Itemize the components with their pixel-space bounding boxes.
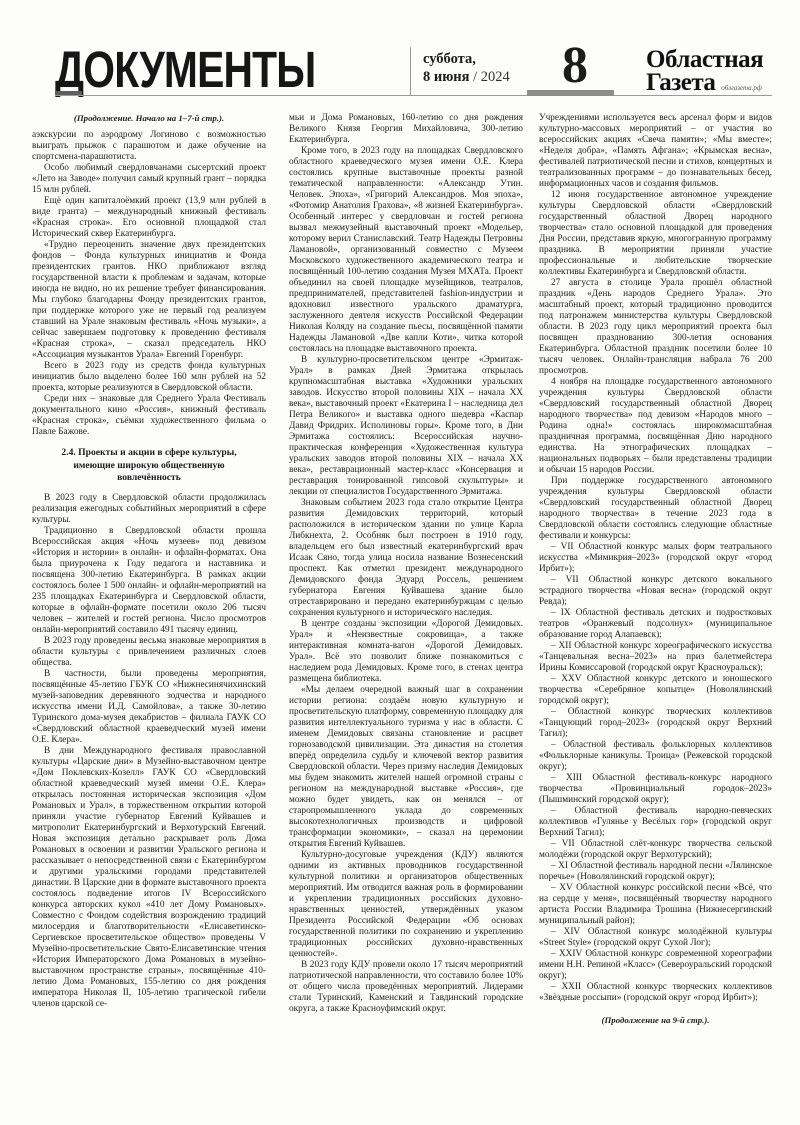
paragraph: В центре созданы экспозиции «Дорогой Дем… (289, 619, 523, 685)
newspaper-logo: Областная Газета облгазета.рф (646, 48, 763, 100)
page-number: 8 (545, 40, 605, 92)
paragraph: – Областной фестиваль фольклорных коллек… (539, 740, 772, 773)
paragraph: – Областной конкурс творческих коллектив… (539, 707, 772, 740)
paragraph: При поддержке государственного автономно… (539, 476, 772, 542)
paragraph: Всего в 2023 году из средств фонда культ… (32, 361, 266, 394)
page-section-title: ДОКУМЕНТЫ (55, 44, 315, 95)
logo-line1: Областная (646, 48, 763, 71)
header-vertical-divider (410, 47, 411, 95)
paragraph: 12 июня государственное автономное учреж… (539, 190, 772, 278)
paragraph: 27 августа в столице Урала прошёл област… (539, 278, 772, 377)
logo-line2: Газета облгазета.рф (646, 71, 763, 100)
paragraph: Ещё один капиталоёмкий проект (13,9 млн … (32, 196, 266, 240)
newspaper-page: ДОКУМЕНТЫ суббота, 8 июня / 2024 8 Облас… (0, 0, 800, 1125)
paragraph: В частности, были проведены мероприятия,… (32, 669, 266, 746)
paragraph: Учреждениями используется весь арсенал ф… (539, 113, 772, 190)
column-3: Учреждениями используется весь арсенал ф… (539, 113, 772, 1118)
paragraph: Особо любимый свердловчанами сысертский … (32, 163, 266, 196)
paragraph: – XI Областной фестиваль народной песни … (539, 861, 772, 883)
paragraph: аэкскурсии по аэродрому Логиново с возмо… (32, 130, 266, 163)
paragraph: – Областной фестиваль народно-певческих … (539, 806, 772, 839)
section-heading: 2.4. Проекты и акции в сфере культуры, и… (46, 447, 252, 485)
paragraph: В культурно-просветительском центре «Эрм… (289, 355, 523, 498)
logo-website: облгазета.рф (721, 84, 762, 92)
paragraph: – XXIV Областной конкурс современной хор… (539, 949, 772, 982)
paragraph: – IX Областной фестиваль детских и подро… (539, 608, 772, 641)
paragraph: – XIII Областной фестиваль-конкурс народ… (539, 773, 772, 806)
paragraph: – XIV Областной конкурс молодёжной культ… (539, 927, 772, 949)
issue-date: суббота, 8 июня / 2024 (423, 50, 510, 86)
paragraph: Культурно-досуговые учреждения (КДУ) явл… (289, 850, 523, 960)
paragraph: В дни Международного фестиваля православ… (32, 746, 266, 1010)
paragraph: В 2023 году проведены весьма знаковые ме… (32, 636, 266, 669)
paragraph: «Трудно переоценить значение двух презид… (32, 240, 266, 361)
column-2: мьи и Дома Романовых, 160-летию со дня р… (289, 113, 523, 1118)
paragraph: 4 ноября на площадке государственного ав… (539, 377, 772, 476)
page-number-bar (527, 90, 614, 96)
paragraph: – VII Областной конкурс детского вокальн… (539, 575, 772, 608)
column-1: (Продолжение. Начало на 1–7-й стр.).аэкс… (32, 113, 266, 1118)
paragraph: – VII Областной слёт-конкурс творчества … (539, 839, 772, 861)
paragraph: В 2023 году в Свердловской области продо… (32, 493, 266, 526)
continuation-note: (Продолжение. Начало на 1–7-й стр.). (32, 113, 266, 124)
paragraph: В 2023 году КДУ провели около 17 тысяч м… (289, 960, 523, 1015)
paragraph: – XV Областной конкурс российской песни … (539, 883, 772, 927)
paragraph: – XXII Областной конкурс творческих колл… (539, 982, 772, 1004)
paragraph: – XII Областной конкурс хореографическог… (539, 641, 772, 674)
paragraph: мьи и Дома Романовых, 160-летию со дня р… (289, 113, 523, 146)
issue-date-weekday: суббота, (423, 50, 510, 68)
continuation-note: (Продолжение на 9-й стр.). (539, 1015, 772, 1026)
paragraph: Среди них – знаковые для Среднего Урала … (32, 394, 266, 438)
paragraph: – XXV Областной конкурс детского и юноше… (539, 674, 772, 707)
issue-date-line2: 8 июня / 2024 (423, 68, 510, 86)
paragraph: «Мы делаем очередной важный шаг в сохран… (289, 685, 523, 850)
paragraph: – VII Областной конкурс малых форм театр… (539, 542, 772, 575)
paragraph: Кроме того, в 2023 году на площадках Све… (289, 146, 523, 355)
paragraph: Знаковым событием 2023 года стало открыт… (289, 498, 523, 619)
paragraph: Традиционно в Свердловской области прошл… (32, 526, 266, 636)
